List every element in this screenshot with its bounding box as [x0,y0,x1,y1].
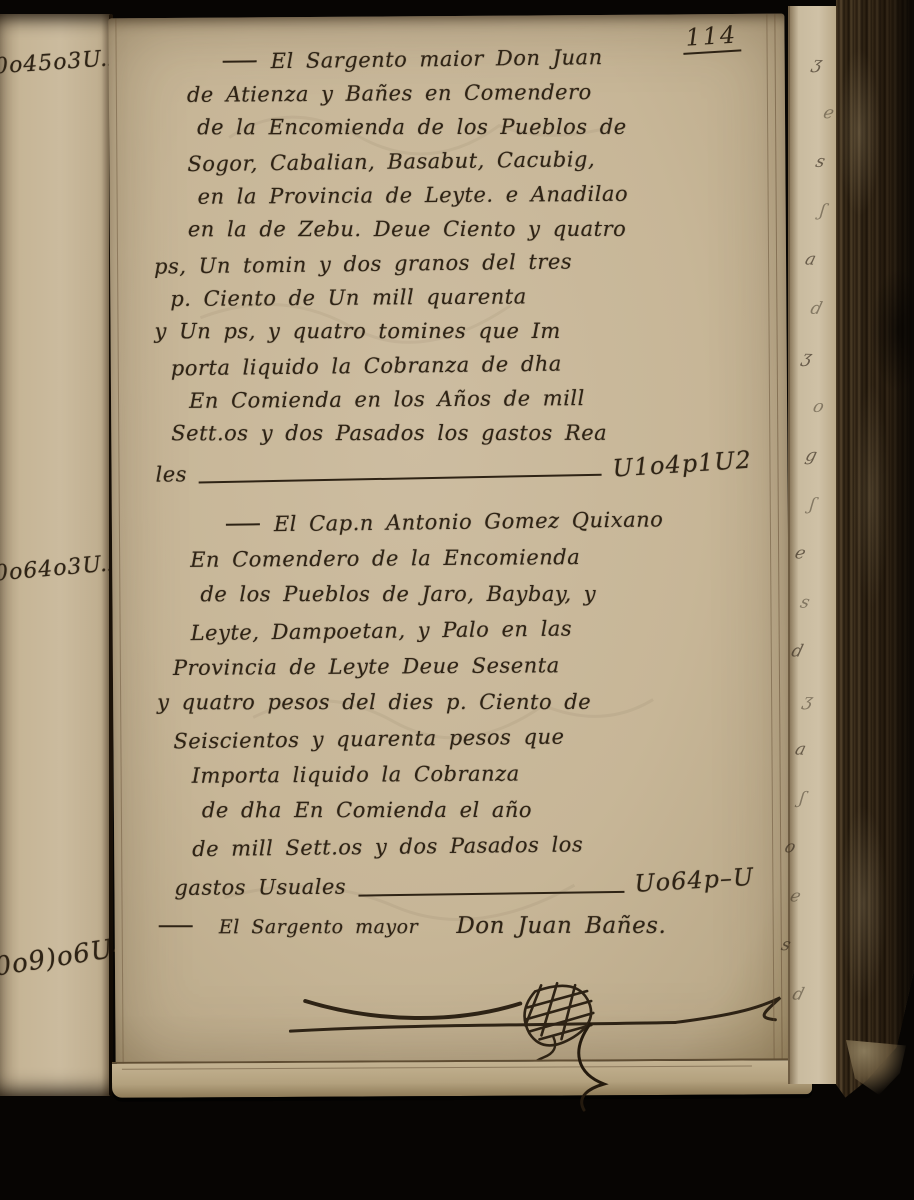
manuscript-line: de dha En Comienda el año [142,792,754,829]
page-edge-writing-fragment: ʒ [797,677,819,726]
tally-line: les U1o4p1U2 [139,446,751,491]
manuscript-line: de mill Sett.os y dos Pasados los [142,824,754,867]
account-entry: El Sargento maior Don Juan de Atienza y … [137,40,752,490]
amount-figure: U1o4p1U2 [611,443,752,486]
page-edge-writing-fragment: d [787,971,810,1020]
page-edge-writing-fragment: o [807,383,829,432]
margin-sum-annotation: 0o9)o6U4 [0,931,133,982]
manuscript-page: 114 El Sargento maior Don Juan de Atienz… [108,14,791,1065]
book-fore-edge [836,0,914,1102]
manuscript-line: de Atienza y Bañes en Comendero [137,74,749,112]
manuscript-line: y quatro pesos del dies p. Ciento de [141,684,753,721]
manuscript-scan: { "page_number": "114", "margin_annotati… [0,0,914,1200]
line-text: El Cap.n Antonio Gomez Quixano [274,507,664,536]
next-page-edge-strip: ʒesʃadʒogʃesdʒaʃoesd [788,6,838,1084]
tally-label: les [155,457,187,491]
page-edge-writing-fragment: ʃ [794,775,811,824]
manuscript-line: p. Ciento de Un mill quarenta [138,278,750,316]
manuscript-line: Sett.os y dos Pasados los gastos Rea [139,416,751,451]
page-edge-writing-fragment: d [786,627,809,676]
manuscript-line: El Cap.n Antonio Gomez Quixano [140,500,752,543]
tally-line: gastos Usuales Uo64p–U [142,862,754,906]
line-text: El Sargento maior Don Juan [271,45,603,73]
facing-page-edge: 0o45o3U.2 0o64o3U.2 0o9)o6U4 [0,14,110,1096]
tally-label: gastos Usuales [174,869,346,906]
manuscript-line: Importa liquido la Cobranza [142,754,754,794]
margin-sum-annotation: 0o45o3U.2 [0,46,124,80]
page-edge-writing-fragment: a [799,236,821,285]
manuscript-line: en la Provincia de Leyte. e Anadilao [137,176,749,214]
page-edge-writing-fragment: ʒ [796,334,818,383]
manuscript-line: En Comienda en los Años de mill [139,380,751,418]
page-edge-writing-fragment: e [789,529,811,578]
page-edge-writing-fragment: s [810,138,831,187]
closing-title: El Sargento mayor [219,916,418,938]
manuscript-line: En Comendero de la Encomienda [140,538,752,578]
stray-ink-stroke [540,1022,660,1112]
manuscript-line: de la Encomienda de los Pueblos de [137,110,749,145]
manuscript-line: en la de Zebu. Deue Ciento y quatro [138,212,750,247]
manuscript-text: El Sargento maior Don Juan de Atienza y … [137,40,755,947]
amount-figure: Uo64p–U [634,859,756,902]
manuscript-line: y Un ps, y quatro tomines que Im [139,314,751,349]
manuscript-line: Leyte, Dampoetan, y Palo en las [140,608,752,651]
closing-line: El Sargento mayor Don Juan Bañes. [143,908,755,946]
manuscript-line: Provincia de Leyte Deue Sesenta [141,646,753,686]
account-entry: El Cap.n Antonio Gomez Quixano En Comend… [140,502,755,947]
manuscript-line: de los Pueblos de Jaro, Baybay, y [140,576,752,613]
margin-sum-annotation: 0o64o3U.2 [0,550,124,586]
page-edge-writing-fragment: ʒ [806,40,828,89]
entry-dash-stroke [226,523,260,525]
page-edge-writing-fragment: d [805,285,828,334]
page-edge-writing-fragment: e [784,873,806,922]
page-edge-writing-fragment: a [789,726,811,775]
page-edge-writing-fragment: s [794,579,815,628]
page-edge-writing-fragment: ʃ [814,187,831,236]
entry-dash-stroke [223,60,257,62]
manuscript-line: Seiscientos y quarenta pesos que [141,716,753,759]
tally-rule-stroke [358,891,624,897]
closing-signatory: Don Juan Bañes. [456,913,666,939]
tally-rule-stroke [199,474,602,484]
entry-dash-stroke [159,925,193,927]
page-edge-writing-fragment: ʃ [804,481,821,530]
bottom-page-edge [112,1058,812,1098]
page-edge-writing-fragment: g [800,432,823,481]
